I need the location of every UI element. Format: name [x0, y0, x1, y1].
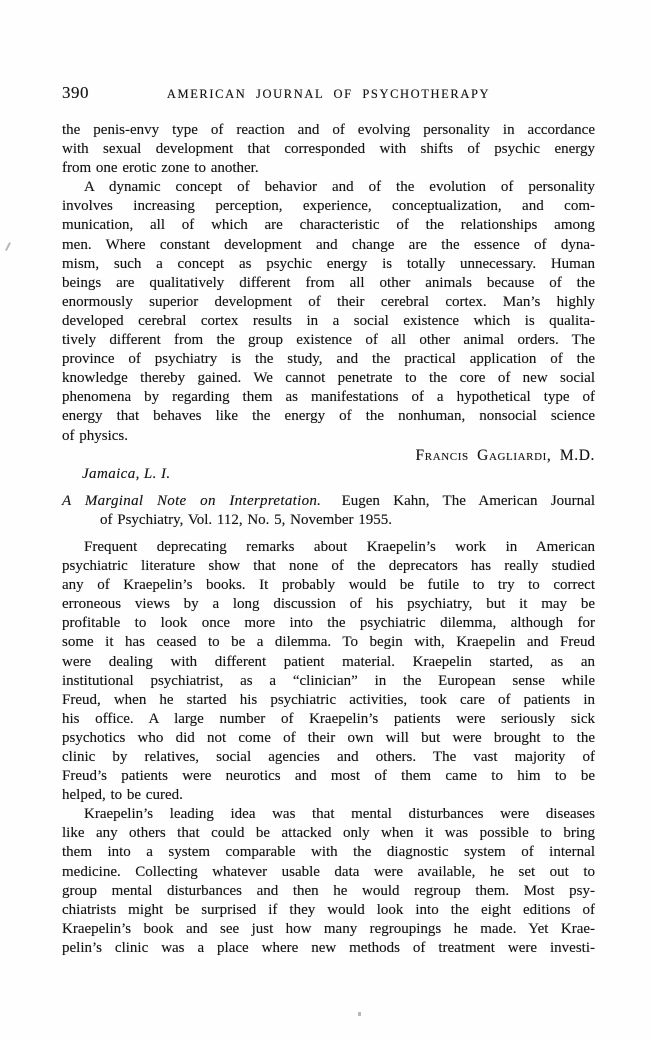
- review-body: Frequent deprecating remarks about Kraep…: [62, 538, 595, 958]
- text-line: pelin’s clinic was a place where new met…: [62, 939, 595, 958]
- text-line: province of psychiatry is the study, and…: [62, 350, 595, 369]
- text-line: any of Kraepelin’s books. It probably wo…: [62, 576, 595, 595]
- citation-source: Eugen Kahn, The American Journal: [342, 493, 595, 509]
- text-line: psychiatric literature show that none of…: [62, 557, 595, 576]
- text-line: group mental disturbances and then he wo…: [62, 882, 595, 901]
- text-line: enormously superior development of their…: [62, 293, 595, 312]
- text-line: were dealing with different patient mate…: [62, 653, 595, 672]
- text-line: beings are qualitatively different from …: [62, 274, 595, 293]
- citation-title: A Marginal Note on Interpretation.: [62, 493, 321, 509]
- journal-title: AMERICAN JOURNAL OF PSYCHOTHERAPY: [62, 84, 595, 102]
- text-line: munication, all of which are characteris…: [62, 216, 595, 235]
- text-line: knowledge thereby gained. We cannot pene…: [62, 369, 595, 388]
- text-line: Freud, when he started his psychiatric a…: [62, 691, 595, 710]
- text-line: chiatrists might be surprised if they wo…: [62, 901, 595, 920]
- text-line: erroneous views by a long discussion of …: [62, 595, 595, 614]
- paragraph: the penis-envy type of reaction and of e…: [62, 121, 595, 178]
- text-line: his office. A large number of Kraepelin’…: [62, 710, 595, 729]
- text-line: clinic by relatives, social agencies and…: [62, 748, 595, 767]
- text-line: of physics.: [62, 427, 595, 446]
- text-line: like any others that could be attacked o…: [62, 824, 595, 843]
- scan-speck: [358, 1012, 361, 1016]
- text-line: some it has ceased to be a dilemma. To b…: [62, 633, 595, 652]
- text-line: Freud’s patients were neurotics and most…: [62, 767, 595, 786]
- text-line: Kraepelin’s leading idea was that mental…: [62, 805, 595, 824]
- text-line: A dynamic concept of behavior and of the…: [62, 178, 595, 197]
- text-line: them into a system comparable with the d…: [62, 843, 595, 862]
- text-line: phenomena by regarding them as manifesta…: [62, 388, 595, 407]
- page-number: 390: [62, 83, 89, 103]
- signature: Francis Gagliardi, M.D.: [62, 446, 595, 465]
- text-line: Kraepelin’s book and see just how many r…: [62, 920, 595, 939]
- text-line: with sexual development that corresponde…: [62, 140, 595, 159]
- text-line: profitable to look once more into the ps…: [62, 614, 595, 633]
- text-line: Frequent deprecating remarks about Kraep…: [62, 538, 595, 557]
- paragraph: Frequent deprecating remarks about Kraep…: [62, 538, 595, 805]
- letter-body: the penis-envy type of reaction and of e…: [62, 121, 595, 446]
- page-content: 390 AMERICAN JOURNAL OF PSYCHOTHERAPY th…: [62, 84, 595, 958]
- page-header: 390 AMERICAN JOURNAL OF PSYCHOTHERAPY: [62, 84, 595, 101]
- text-line: tively different from the group existenc…: [62, 331, 595, 350]
- paragraph: A dynamic concept of behavior and of the…: [62, 178, 595, 445]
- text-line: developed cerebral cortex results in a s…: [62, 312, 595, 331]
- text-line: psychotics who did not come of their own…: [62, 729, 595, 748]
- text-line: involves increasing perception, experien…: [62, 197, 595, 216]
- text-line: men. Where constant development and chan…: [62, 236, 595, 255]
- signature-location: Jamaica, L. I.: [62, 465, 595, 484]
- text-line: helped, to be cured.: [62, 786, 595, 805]
- text-line: energy that behaves like the energy of t…: [62, 407, 595, 426]
- scan-speck: [5, 242, 11, 251]
- text-line: from one erotic zone to another.: [62, 159, 595, 178]
- citation-line-1: A Marginal Note on Interpretation. Eugen…: [62, 492, 595, 511]
- text-line: medicine. Collecting whatever usable dat…: [62, 863, 595, 882]
- journal-page: 390 AMERICAN JOURNAL OF PSYCHOTHERAPY th…: [0, 0, 650, 1040]
- text-line: institutional psychiatrist, as a “clinic…: [62, 672, 595, 691]
- citation-line-2: of Psychiatry, Vol. 112, No. 5, November…: [62, 511, 595, 530]
- paragraph: Kraepelin’s leading idea was that mental…: [62, 805, 595, 958]
- text-line: mism, such a concept as psychic energy i…: [62, 255, 595, 274]
- citation-heading: A Marginal Note on Interpretation. Eugen…: [62, 492, 595, 530]
- text-line: the penis-envy type of reaction and of e…: [62, 121, 595, 140]
